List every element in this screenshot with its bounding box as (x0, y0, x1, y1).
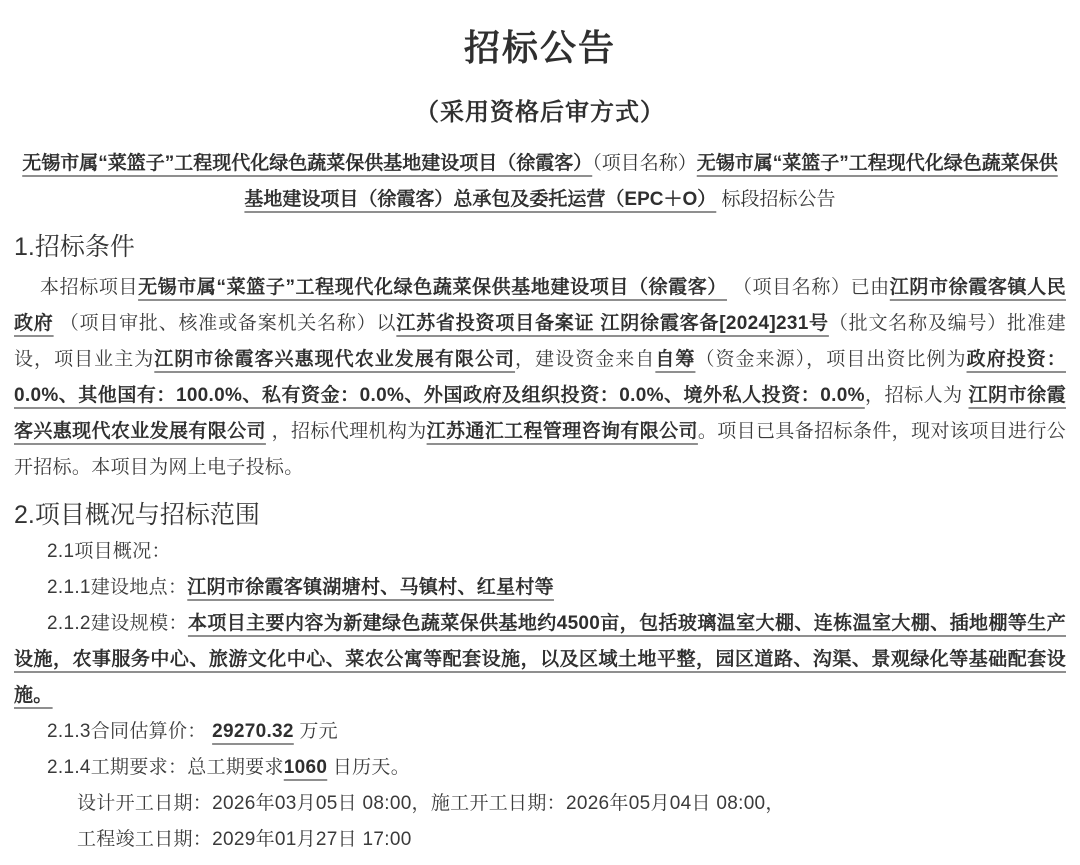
text-run: 日历天。 (327, 757, 410, 778)
text-run: 2.1.4工期要求：总工期要求 (47, 757, 284, 778)
text-run: 2.1.3合同估算价： (47, 721, 212, 742)
construction-scale-line: 2.1.2建设规模：本项目主要内容为新建绿色蔬菜保供基地约4500亩，包括玻璃温… (14, 606, 1066, 714)
emphasized-text: 江阴市徐霞客兴惠现代农业发展有限公司 (154, 349, 515, 370)
text-run: （项目名称）已由 (727, 277, 890, 298)
text-run: ，招标代理机构为 (266, 421, 427, 442)
text-run: 设计开工日期：2026年03月05日 08:00，施工开工日期：2026年05月… (77, 793, 785, 814)
text-run: 本招标项目 (40, 277, 138, 298)
section-2-heading: 2.项目概况与招标范围 (14, 496, 1066, 534)
start-dates-line: 设计开工日期：2026年03月05日 08:00，施工开工日期：2026年05月… (14, 786, 1066, 822)
emphasized-text: 1060 (284, 757, 327, 778)
emphasized-text: 自筹 (655, 349, 695, 370)
text-run: ，招标人为 (865, 385, 969, 406)
text-run: 2.1.1建设地点： (47, 577, 187, 598)
emphasized-text: 无锡市属“菜篮子”工程现代化绿色蔬菜保供基地建设项目（徐霞客） (138, 277, 727, 298)
text-run: （资金来源），项目出资比例为 (695, 349, 966, 370)
emphasized-text: 江苏通汇工程管理咨询有限公司 (427, 421, 698, 442)
text-run: 2.1.2建设规模： (47, 613, 188, 634)
project-title-paragraph: 无锡市属“菜篮子”工程现代化绿色蔬菜保供基地建设项目（徐霞客）（项目名称）无锡市… (14, 146, 1066, 218)
document-title: 招标公告 (14, 24, 1066, 72)
completion-date-line: 工程竣工日期：2029年01月27日 17:00 (14, 822, 1066, 858)
text-run: 工程竣工日期：2029年01月27日 17:00 (77, 829, 412, 850)
construction-location-line: 2.1.1建设地点：江阴市徐霞客镇湖塘村、马镇村、红星村等 (14, 570, 1066, 606)
emphasized-text: 29270.32 (212, 721, 294, 742)
emphasized-text: 江苏省投资项目备案证 江阴徐霞客备[2024]231号 (396, 313, 829, 334)
document-subtitle: （采用资格后审方式） (14, 96, 1066, 130)
text-run: （项目名称） (592, 153, 697, 174)
text-run: ，建设资金来自 (515, 349, 655, 370)
bidding-conditions-paragraph: 本招标项目无锡市属“菜篮子”工程现代化绿色蔬菜保供基地建设项目（徐霞客） （项目… (14, 270, 1066, 486)
construction-period-line: 2.1.4工期要求：总工期要求1060 日历天。 (14, 750, 1066, 786)
document-body: 无锡市属“菜篮子”工程现代化绿色蔬菜保供基地建设项目（徐霞客）（项目名称）无锡市… (14, 146, 1066, 858)
text-run: （项目审批、核准或备案机关名称）以 (54, 313, 397, 334)
contract-estimate-line: 2.1.3合同估算价： 29270.32 万元 (14, 714, 1066, 750)
text-run: 2.1项目概况： (47, 541, 171, 562)
project-overview-label: 2.1项目概况： (14, 534, 1066, 570)
text-run: 标段招标公告 (716, 189, 835, 210)
emphasized-text: 无锡市属“菜篮子”工程现代化绿色蔬菜保供基地建设项目（徐霞客） (22, 153, 592, 174)
text-run: 万元 (294, 721, 338, 742)
emphasized-text: 江阴市徐霞客镇湖塘村、马镇村、红星村等 (187, 577, 554, 598)
tender-announcement-document: 招标公告 （采用资格后审方式） 无锡市属“菜篮子”工程现代化绿色蔬菜保供基地建设… (0, 0, 1080, 858)
section-1-heading: 1.招标条件 (14, 228, 1066, 266)
